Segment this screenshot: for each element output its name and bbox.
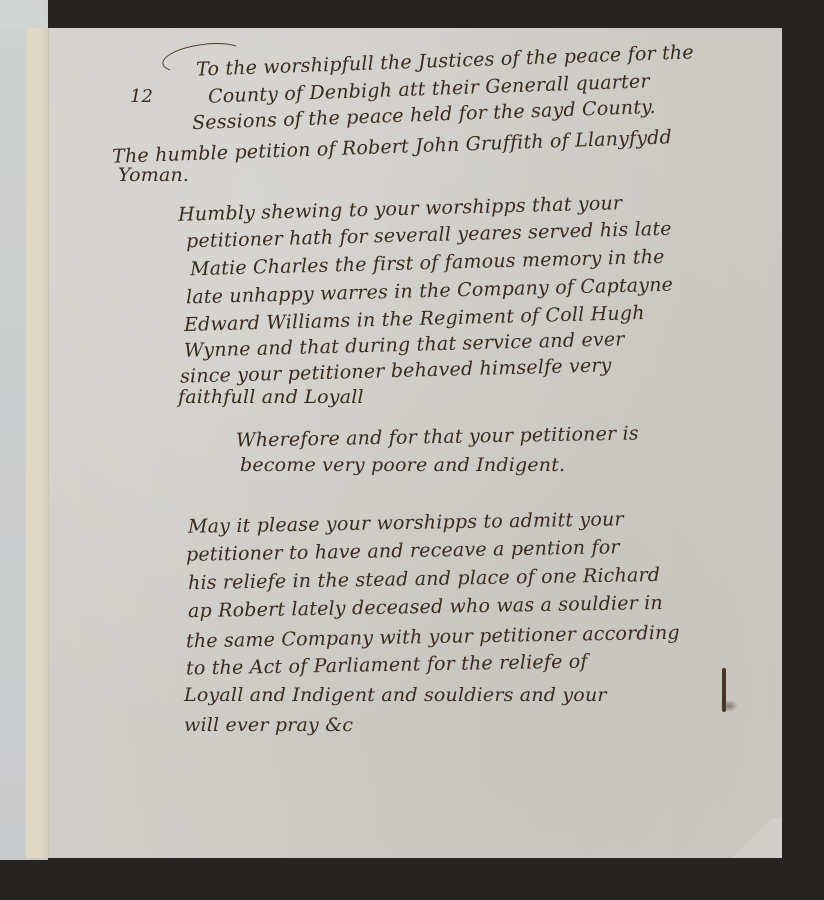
page-binding-stub <box>26 28 49 858</box>
prayer-line-7: Loyall and Indigent and souldiers and yo… <box>184 686 607 705</box>
ink-smudge <box>720 700 738 712</box>
prayer-line-8: will ever pray &c <box>184 716 353 735</box>
manuscript-scan: 12 To the worshipfull the Justices of th… <box>0 0 824 900</box>
page-corner <box>722 818 782 858</box>
folio-number: 12 <box>130 86 153 107</box>
body-line-8: faithfull and Loyall <box>178 388 364 407</box>
wherefore-line-2: become very poore and Indigent. <box>240 456 565 475</box>
underlying-sheet-corner <box>0 0 48 30</box>
petition-title-line-2: Yoman. <box>118 166 189 185</box>
